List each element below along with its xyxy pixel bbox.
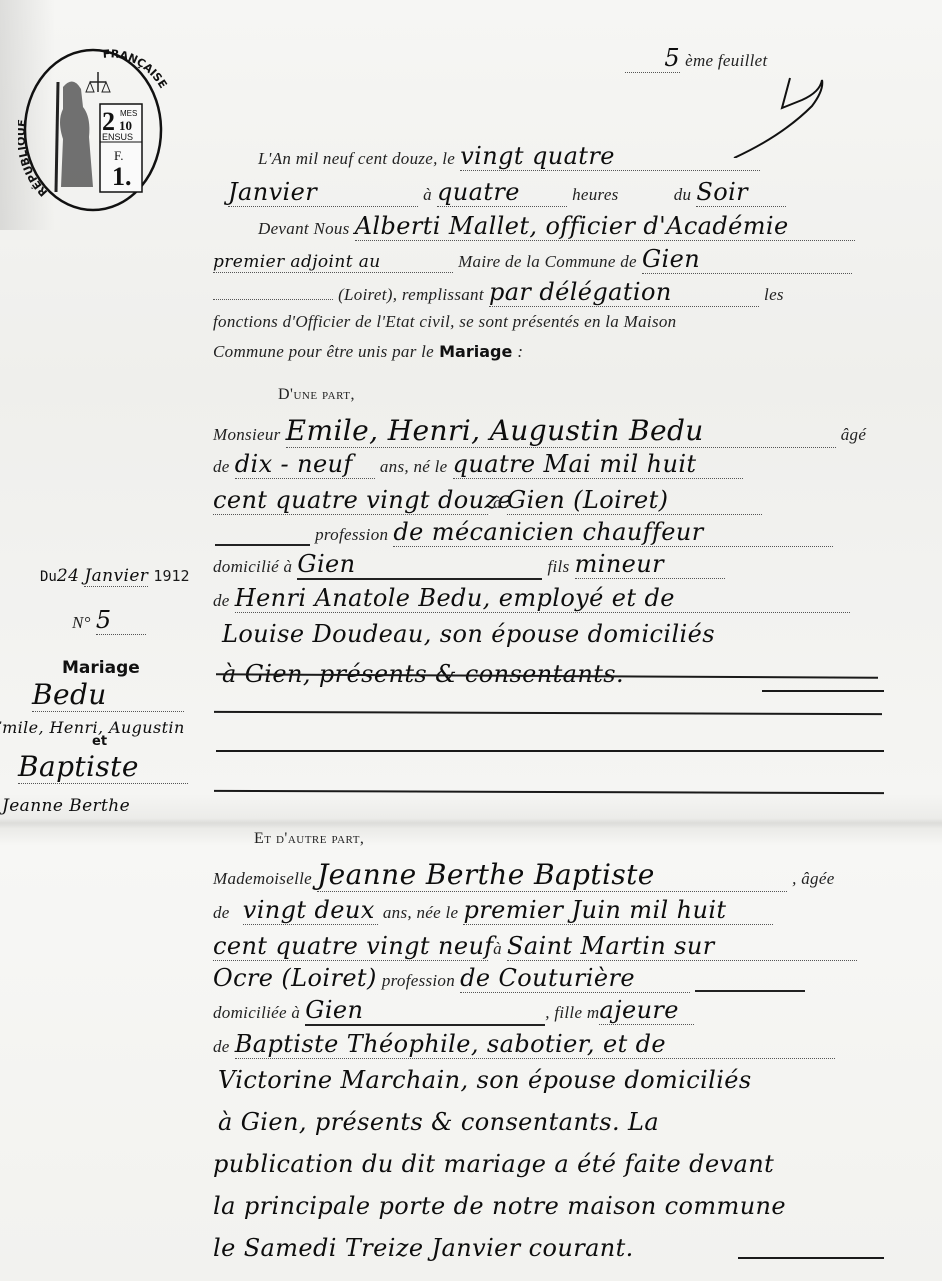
stamp-price-frac-top: MES xyxy=(120,109,137,118)
groom-domicile-label: domicilié à xyxy=(213,557,292,576)
paper-fold xyxy=(0,818,942,828)
groom-parents-de: de xyxy=(213,591,230,610)
bride-at: à xyxy=(493,939,502,958)
bride-domicile: Gien xyxy=(305,996,545,1026)
bride-section-heading: Et d'autre part, xyxy=(254,830,364,848)
intro-les: les xyxy=(764,285,784,304)
intro-line-5: (Loiret), remplissant par délégation les xyxy=(213,278,784,307)
bride-parents-consent: à Gien, présents & consentants. La xyxy=(218,1108,659,1136)
blank-rule-3 xyxy=(216,750,884,752)
bride-de: de xyxy=(213,903,230,922)
officer-title: premier adjoint au xyxy=(213,252,453,273)
groom-age: dix - neuf xyxy=(235,450,375,479)
groom-section-heading: D'une part, xyxy=(278,386,355,404)
bride-line-age: de vingt deux ans, née le premier Juin m… xyxy=(213,896,773,925)
bride-line-birthplace: cent quatre vingt neuf à Saint Martin su… xyxy=(213,932,857,961)
marriage-hour: quatre xyxy=(437,178,567,207)
bride-line-parents-1: de Baptiste Théophile, sabotier, et de xyxy=(213,1030,835,1059)
groom-line-parents-1: de Henri Anatole Bedu, employé et de xyxy=(213,584,850,613)
margin-groom-surname: Bedu xyxy=(32,678,184,712)
intro-mariage-bold: Mariage xyxy=(439,342,512,361)
groom-at: à xyxy=(493,493,502,512)
bride-filiation-label: , fille m xyxy=(545,1003,599,1022)
bride-age-label: , âgée xyxy=(792,869,834,888)
marriage-day: vingt quatre xyxy=(460,142,760,171)
publication-line-3: le Samedi Treize Janvier courant. xyxy=(213,1234,634,1262)
margin-date-month: Janvier xyxy=(84,566,148,587)
bride-line-profession: Ocre (Loiret) profession de Couturière xyxy=(213,964,805,993)
line-filler xyxy=(762,690,884,692)
intro-heures: heures xyxy=(572,185,619,204)
groom-age-label: âgé xyxy=(841,425,866,444)
bride-profession-label: profession xyxy=(382,971,455,990)
intro-line-6: fonctions d'Officier de l'Etat civil, se… xyxy=(213,312,676,332)
groom-parents-mother: Louise Doudeau, son épouse domiciliés xyxy=(222,620,715,648)
intro-line-4: premier adjoint au Maire de la Commune d… xyxy=(213,245,852,274)
bride-birthplace-1: Saint Martin sur xyxy=(507,932,857,961)
bride-born-label: ans, née le xyxy=(383,903,459,922)
groom-birth-date-2: cent quatre vingt douze xyxy=(213,486,488,515)
margin-date-prefix: Du xyxy=(40,569,57,585)
publication-line-1: publication du dit mariage a été faite d… xyxy=(213,1150,774,1178)
margin-act-type: Mariage xyxy=(62,658,140,678)
intro-devant-nous: Devant Nous xyxy=(258,219,350,238)
bride-domicile-label: domiciliée à xyxy=(213,1003,300,1022)
bride-filiation-status: ajeure xyxy=(599,996,694,1025)
line-filler xyxy=(738,1257,884,1259)
bride-line-domicile: domiciliée à Gien, fille majeure xyxy=(213,996,694,1026)
stamp-ring-left: RÉPUBLIQUE xyxy=(18,119,50,199)
intro-unis: Commune pour être unis par le xyxy=(213,342,434,361)
groom-profession: de mécanicien chauffeur xyxy=(393,518,833,547)
marianne-stamp-icon: RÉPUBLIQUE FRANÇAISE 2 MES 10 ENSUS F. 1… xyxy=(18,42,168,212)
commune-name: Gien xyxy=(642,245,852,274)
blank-rule-2 xyxy=(214,711,882,715)
svg-text:FRANÇAISE: FRANÇAISE xyxy=(102,47,168,90)
svg-text:RÉPUBLIQUE: RÉPUBLIQUE xyxy=(18,119,50,199)
groom-line-name: Monsieur Emile, Henri, Augustin Bedu âgé xyxy=(213,414,866,448)
intro-maire: Maire de la Commune de xyxy=(458,252,637,271)
stamp-denomination-value: 1. xyxy=(112,162,132,191)
stamp-ring-right: FRANÇAISE xyxy=(102,47,168,90)
groom-de: de xyxy=(213,457,230,476)
groom-parents-father: Henri Anatole Bedu, employé et de xyxy=(235,584,850,613)
bride-parents-de: de xyxy=(213,1037,230,1056)
intro-colon: : xyxy=(517,342,523,361)
intro-line-2: Janvier à quatre heures du Soir xyxy=(228,178,786,207)
bride-name: Jeanne Berthe Baptiste xyxy=(317,858,787,892)
groom-line-birthplace: cent quatre vingt douze à Gien (Loiret) xyxy=(213,486,762,515)
margin-number-label: N° xyxy=(72,613,91,632)
blank-rule xyxy=(695,971,805,992)
marriage-month: Janvier xyxy=(228,178,418,207)
blank-rule-4 xyxy=(214,790,884,794)
blank-rule xyxy=(215,525,310,546)
margin-date-day: 24 xyxy=(57,566,79,586)
publication-line-2: la principale porte de notre maison comm… xyxy=(213,1192,786,1220)
bride-parents-mother: Victorine Marchain, son épouse domicilié… xyxy=(218,1066,752,1094)
groom-domicile: Gien xyxy=(297,550,542,580)
groom-title: Monsieur xyxy=(213,425,281,444)
fiscal-stamp: RÉPUBLIQUE FRANÇAISE 2 MES 10 ENSUS F. 1… xyxy=(18,42,168,212)
groom-profession-label: profession xyxy=(315,525,388,544)
groom-born-label: ans, né le xyxy=(380,457,448,476)
sheet-number: 5 xyxy=(625,44,680,73)
bride-birthplace-2: Ocre (Loiret) xyxy=(213,964,377,992)
officer-name: Alberti Mallet, officier d'Académie xyxy=(355,212,855,241)
margin-conjunction: et xyxy=(92,734,107,749)
bride-profession: de Couturière xyxy=(460,964,690,993)
groom-line-domicile: domicilié à Gien fils mineur xyxy=(213,550,725,580)
margin-date-year: 1912 xyxy=(153,567,189,585)
intro-loiret: (Loiret), remplissant xyxy=(338,285,484,304)
stamp-price-line2: ENSUS xyxy=(102,132,133,142)
bride-title: Mademoiselle xyxy=(213,869,312,888)
groom-birth-date-1: quatre Mai mil huit xyxy=(453,450,743,479)
intro-du: du xyxy=(674,185,692,204)
groom-line-age: de dix - neuf ans, né le quatre Mai mil … xyxy=(213,450,743,479)
blank-field xyxy=(213,281,333,300)
groom-line-profession: profession de mécanicien chauffeur xyxy=(215,518,833,547)
bride-line-name: Mademoiselle Jeanne Berthe Baptiste , âg… xyxy=(213,858,835,892)
groom-filiation-label: fils xyxy=(548,557,570,576)
intro-line-7: Commune pour être unis par le Mariage : xyxy=(213,342,523,362)
stamp-price-frac-bottom: 10 xyxy=(119,118,132,133)
intro-year-text: L'An mil neuf cent douze, le xyxy=(258,149,455,168)
groom-birthplace: Gien (Loiret) xyxy=(507,486,762,515)
margin-bride-surname: Baptiste xyxy=(18,750,188,784)
intro-line-1: L'An mil neuf cent douze, le vingt quatr… xyxy=(258,142,760,171)
margin-number: N° 5 xyxy=(72,606,146,635)
intro-a: à xyxy=(423,185,432,204)
marriage-period: Soir xyxy=(696,178,786,207)
bride-age: vingt deux xyxy=(243,896,378,925)
officer-capacity: par délégation xyxy=(489,278,759,307)
groom-filiation-status: mineur xyxy=(575,550,725,579)
civil-record-page: RÉPUBLIQUE FRANÇAISE 2 MES 10 ENSUS F. 1… xyxy=(0,0,942,1281)
bride-parents-father: Baptiste Théophile, sabotier, et de xyxy=(235,1030,835,1059)
groom-name: Emile, Henri, Augustin Bedu xyxy=(286,414,836,448)
bride-birth-date-2: cent quatre vingt neuf xyxy=(213,932,488,961)
margin-number-value: 5 xyxy=(96,606,146,635)
bride-birth-date-1: premier Juin mil huit xyxy=(463,896,773,925)
margin-date: Du24 Janvier 1912 xyxy=(40,566,190,586)
stamp-denomination-label: F. xyxy=(114,148,123,163)
margin-bride-given-names: Jeanne Berthe xyxy=(2,796,130,816)
intro-line-3: Devant Nous Alberti Mallet, officier d'A… xyxy=(258,212,855,241)
